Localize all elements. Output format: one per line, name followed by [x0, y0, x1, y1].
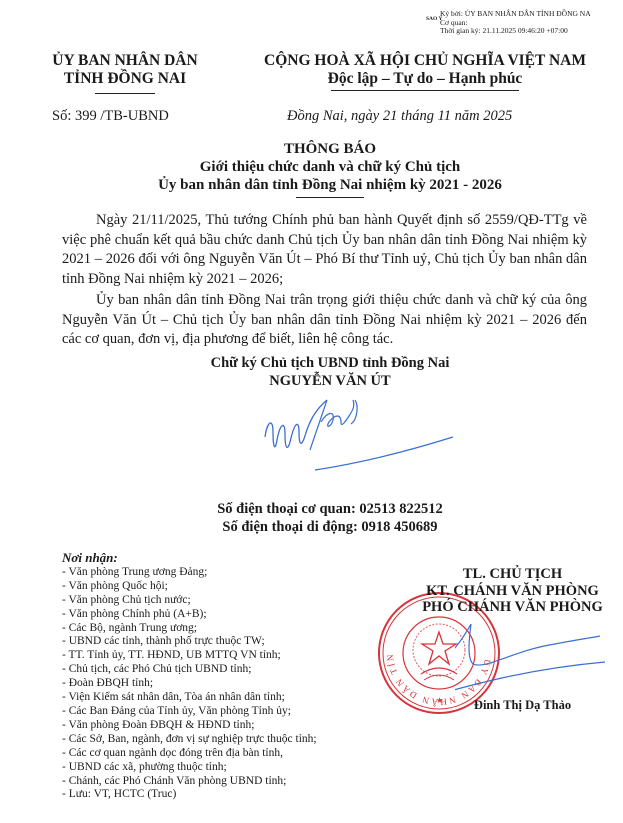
- recipient-item: - Các cơ quan ngành dọc đóng trên địa bà…: [62, 747, 317, 761]
- national-header: CỘNG HOÀ XÃ HỘI CHỦ NGHĨA VIỆT NAM Độc l…: [250, 52, 600, 91]
- authority-line1: ỦY BAN NHÂN DÂN: [40, 52, 210, 70]
- specimen-title: Chữ ký Chủ tịch UBND tỉnh Đồng Nai: [120, 354, 540, 372]
- approver-signature-icon: [455, 610, 605, 710]
- issuing-authority: ỦY BAN NHÂN DÂN TỈNH ĐỒNG NAI: [40, 52, 210, 94]
- title-line1: Giới thiệu chức danh và chữ ký Chủ tịch: [100, 158, 560, 176]
- motto-divider: [331, 90, 519, 91]
- specimen-caption: Chữ ký Chủ tịch UBND tỉnh Đồng Nai NGUYỄ…: [120, 354, 540, 390]
- national-motto: Độc lập – Tự do – Hạnh phúc: [250, 70, 600, 88]
- recipient-item: - Văn phòng Quốc hội;: [62, 580, 317, 594]
- recipient-item: - UBND các tỉnh, thành phố trực thuộc TW…: [62, 635, 317, 649]
- recipient-item: - Các Bộ, ngành Trung ương;: [62, 622, 317, 636]
- recipients-list: Nơi nhận: - Văn phòng Trung ương Đảng; -…: [62, 551, 317, 802]
- recipient-item: - TT. Tỉnh ủy, TT. HĐND, UB MTTQ VN tỉnh…: [62, 649, 317, 663]
- office-phone: Số điện thoại cơ quan: 02513 822512: [150, 500, 510, 518]
- specimen-name: NGUYỄN VĂN ÚT: [120, 372, 540, 390]
- signed-time: Thời gian ký: 21.11.2025 09:46:20 +07:00: [440, 27, 591, 36]
- body-paragraph-2: Ủy ban nhân dân tỉnh Đồng Nai trân trọng…: [62, 291, 587, 350]
- mobile-phone: Số điện thoại di động: 0918 450689: [150, 518, 510, 536]
- contact-phones: Số điện thoại cơ quan: 02513 822512 Số đ…: [150, 500, 510, 536]
- approval-block: TL. CHỦ TỊCH KT. CHÁNH VĂN PHÒNG PHÓ CHÁ…: [390, 566, 623, 616]
- digital-signature-stamp: SAO Y Ký bởi: ỦY BAN NHÂN DÂN TỈNH ĐỒNG …: [440, 10, 591, 36]
- title-line2: Ủy ban nhân dân tỉnh Đồng Nai nhiệm kỳ 2…: [100, 176, 560, 194]
- recipient-item: - Văn phòng Trung ương Đảng;: [62, 566, 317, 580]
- recipient-item: - Văn phòng Đoàn ĐBQH & HĐND tỉnh;: [62, 719, 317, 733]
- recipient-item: - Viện Kiểm sát nhân dân, Tòa án nhân dâ…: [62, 691, 317, 705]
- recipients-heading: Nơi nhận:: [62, 551, 317, 565]
- authority-divider: [95, 93, 155, 94]
- document-type: THÔNG BÁO: [100, 140, 560, 158]
- document-number: Số: 399 /TB-UBND: [52, 108, 169, 125]
- recipient-item: - Văn phòng Chủ tịch nước;: [62, 594, 317, 608]
- document-title: THÔNG BÁO Giới thiệu chức danh và chữ ký…: [100, 140, 560, 198]
- recipient-item: - Các Ban Đảng của Tỉnh ủy, Văn phòng Tỉ…: [62, 705, 317, 719]
- recipient-item: - Chủ tịch, các Phó Chủ tịch UBND tỉnh;: [62, 663, 317, 677]
- authority-line2: TỈNH ĐỒNG NAI: [40, 70, 210, 88]
- recipient-item: - UBND các xã, phường thuộc tỉnh;: [62, 761, 317, 775]
- national-name: CỘNG HOÀ XÃ HỘI CHỦ NGHĨA VIỆT NAM: [250, 52, 600, 70]
- recipient-item: - Đoàn ĐBQH tỉnh;: [62, 677, 317, 691]
- signer-name: Đinh Thị Dạ Thảo: [400, 698, 623, 713]
- recipient-item: - Chánh, các Phó Chánh Văn phòng UBND tỉ…: [62, 775, 317, 789]
- body-paragraph-1: Ngày 21/11/2025, Thủ tướng Chính phủ ban…: [62, 211, 587, 289]
- title-divider: [296, 197, 364, 198]
- chairman-signature-icon: [255, 392, 455, 472]
- approval-line2: KT. CHÁNH VĂN PHÒNG: [390, 583, 623, 600]
- copy-label: SAO Y: [426, 15, 442, 24]
- recipient-item: - Các Sở, Ban, ngành, đơn vị sự nghiệp t…: [62, 733, 317, 747]
- recipient-item: - Văn phòng Chính phủ (A+B);: [62, 608, 317, 622]
- recipient-item: - Lưu: VT, HCTC (Truc): [62, 788, 317, 802]
- place-date: Đồng Nai, ngày 21 tháng 11 năm 2025: [287, 108, 512, 125]
- approval-line1: TL. CHỦ TỊCH: [390, 566, 623, 583]
